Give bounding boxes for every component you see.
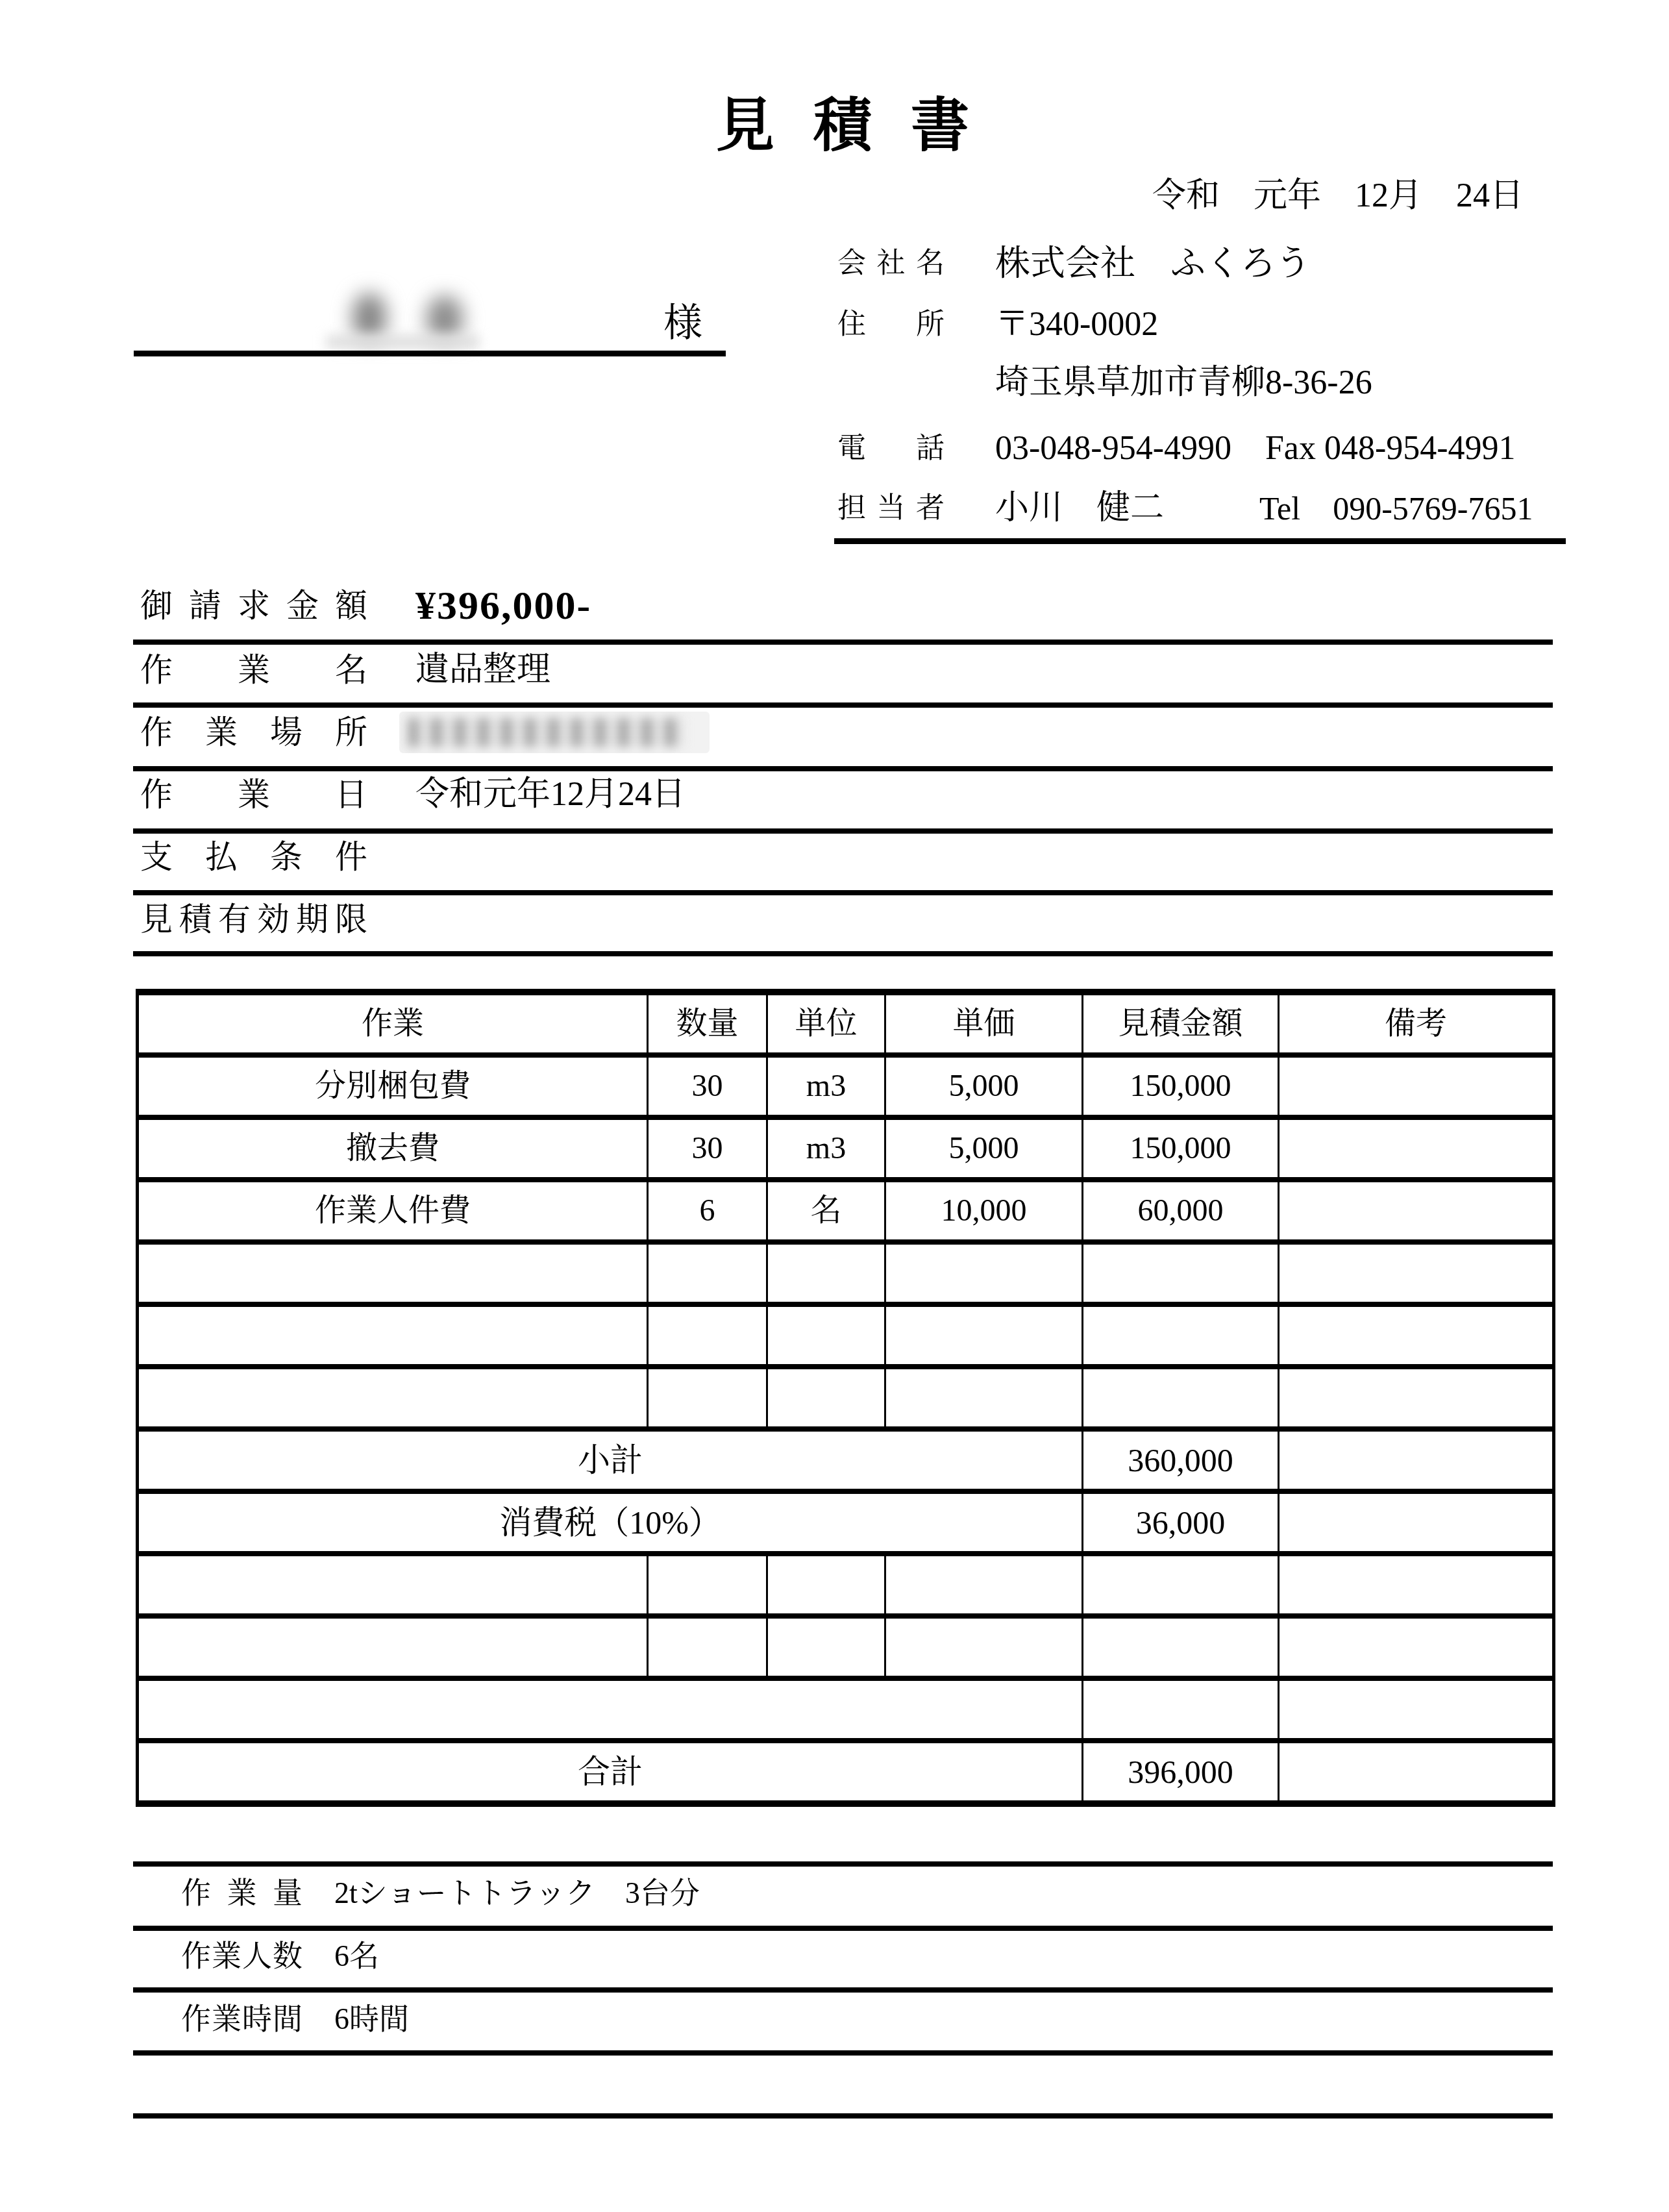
- item-qty: 30: [648, 1055, 767, 1117]
- table-row: 撤去費 30 m3 5,000 150,000: [138, 1117, 1554, 1180]
- table-row-empty: [138, 1616, 1554, 1678]
- staff-value: 6名: [334, 1941, 379, 1971]
- total-value: 396,000: [1083, 1741, 1279, 1804]
- company-name: 株式会社 ふくろう: [995, 246, 1311, 281]
- subtotal-row: 小計 360,000: [138, 1429, 1554, 1491]
- issue-date: 令和 元年 12月 24日: [1152, 179, 1524, 213]
- billing-label: 御請求金額: [140, 590, 367, 622]
- tax-label: 消費税（10%）: [138, 1491, 1083, 1554]
- col-header-unit-price: 単価: [885, 992, 1083, 1055]
- footer-divider: [133, 1861, 1553, 1867]
- table-header-row: 作業 数量 単位 単価 見積金額 備考: [138, 992, 1554, 1055]
- table-row: 分別梱包費 30 m3 5,000 150,000: [138, 1055, 1554, 1117]
- field-divider: [133, 640, 1553, 645]
- table-row: 作業人件費 6 名 10,000 60,000: [138, 1180, 1554, 1242]
- item-unit-price: 5,000: [885, 1117, 1083, 1180]
- contact-name: 小川 健二: [995, 491, 1164, 525]
- phone-label: 電話: [837, 434, 945, 463]
- volume-label: 作業量: [181, 1878, 303, 1908]
- item-name: 分別梱包費: [138, 1055, 648, 1117]
- footer-divider: [133, 1987, 1553, 1993]
- footer-divider: [133, 2050, 1553, 2056]
- items-table: 作業 数量 単位 単価 見積金額 備考 分別梱包費 30 m3 5,000 15…: [136, 989, 1555, 1807]
- item-remarks: [1279, 1055, 1554, 1117]
- field-divider: [133, 951, 1553, 956]
- footer-divider: [133, 1926, 1553, 1931]
- item-amount: 150,000: [1083, 1117, 1279, 1180]
- redaction-blur: [327, 335, 479, 349]
- validity-label: 見積有効期限: [140, 903, 367, 936]
- total-row: 合計 396,000: [138, 1741, 1554, 1804]
- hours-value: 6時間: [334, 2004, 409, 2034]
- tax-row: 消費税（10%） 36,000: [138, 1491, 1554, 1554]
- table-row-empty: [138, 1367, 1554, 1429]
- work-place-label: 作業場所: [140, 716, 367, 749]
- field-divider: [133, 766, 1553, 771]
- issuer-address-row: 住所 〒340-0002: [837, 302, 945, 347]
- volume-value: 2tショートトラック 3台分: [334, 1878, 700, 1908]
- item-remarks: [1279, 1117, 1554, 1180]
- postal-code: 〒340-0002: [995, 308, 1158, 342]
- field-divider: [133, 890, 1553, 895]
- address-label: 住所: [837, 310, 945, 339]
- item-unit: m3: [767, 1117, 885, 1180]
- table-row-empty: [138, 1242, 1554, 1304]
- address-line: 埼玉県草加市青柳8-36-26: [995, 366, 1372, 400]
- issuer-underline: [834, 538, 1566, 544]
- recipient-honorific: 様: [663, 304, 702, 343]
- phone-value: 03-048-954-4990 Fax 048-954-4991: [995, 432, 1516, 466]
- redaction-blur: [352, 293, 386, 342]
- recipient-name-redacted: [321, 292, 487, 352]
- col-header-amount: 見積金額: [1083, 992, 1279, 1055]
- item-name: 作業人件費: [138, 1180, 648, 1242]
- footer-divider: [133, 2113, 1553, 2119]
- col-header-remarks: 備考: [1279, 992, 1554, 1055]
- contact-label: 担当者: [837, 494, 945, 523]
- col-header-work: 作業: [138, 992, 648, 1055]
- item-amount: 60,000: [1083, 1180, 1279, 1242]
- contact-tel: Tel 090-5769-7651: [1259, 492, 1533, 525]
- work-name-value: 遺品整理: [415, 653, 550, 687]
- document-title: 見積書: [716, 97, 1008, 156]
- work-name-label: 作業名: [140, 654, 367, 686]
- tax-value: 36,000: [1083, 1491, 1279, 1554]
- col-header-qty: 数量: [648, 992, 767, 1055]
- subtotal-value: 360,000: [1083, 1429, 1279, 1491]
- billing-amount: ¥396,000-: [415, 586, 591, 626]
- hours-label: 作業時間: [181, 2004, 303, 2034]
- issuer-company-row: 会社名 株式会社 ふくろう: [837, 241, 945, 286]
- redaction-blur: [408, 718, 684, 747]
- work-place-redacted: [399, 712, 710, 753]
- issuer-contact-row: 担当者 小川 健二 Tel 090-5769-7651: [837, 486, 945, 531]
- item-unit-price: 10,000: [885, 1180, 1083, 1242]
- item-unit: m3: [767, 1055, 885, 1117]
- work-date-label: 作業日: [140, 778, 367, 811]
- item-unit: 名: [767, 1180, 885, 1242]
- estimate-document: 見積書 令和 元年 12月 24日 様 会社名 株式会社 ふくろう 住所 〒34…: [0, 0, 1669, 2212]
- issuer-phone-row: 電話 03-048-954-4990 Fax 048-954-4991: [837, 426, 945, 471]
- item-amount: 150,000: [1083, 1055, 1279, 1117]
- total-label: 合計: [138, 1741, 1083, 1804]
- table-row-empty: [138, 1304, 1554, 1367]
- payment-terms-label: 支払条件: [140, 841, 367, 873]
- item-name: 撤去費: [138, 1117, 648, 1180]
- field-divider: [133, 702, 1553, 708]
- item-qty: 6: [648, 1180, 767, 1242]
- item-remarks: [1279, 1180, 1554, 1242]
- subtotal-label: 小計: [138, 1429, 1083, 1491]
- staff-label: 作業人数: [181, 1941, 303, 1971]
- company-label: 会社名: [837, 249, 945, 278]
- recipient-underline: [134, 351, 726, 356]
- item-qty: 30: [648, 1117, 767, 1180]
- col-header-unit: 単位: [767, 992, 885, 1055]
- item-unit-price: 5,000: [885, 1055, 1083, 1117]
- table-row-empty: [138, 1554, 1554, 1616]
- work-date-value: 令和元年12月24日: [415, 778, 686, 812]
- table-row-empty-merged: [138, 1678, 1554, 1741]
- field-divider: [133, 828, 1553, 834]
